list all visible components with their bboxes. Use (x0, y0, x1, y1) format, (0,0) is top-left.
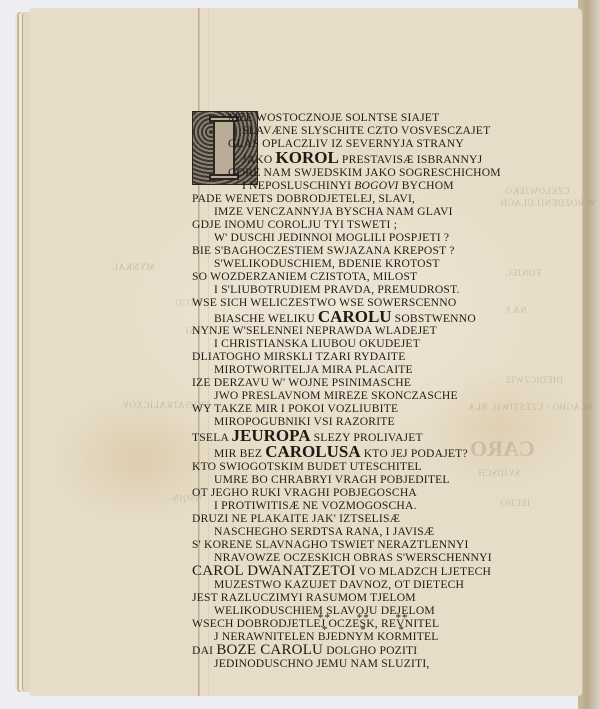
poem-line: I NEPOSLUSCHINYI BOGOVI BYCHOM (242, 179, 454, 192)
poem-text: GLAS OPLACZLIV IZ SEVERNYJA STRANY (228, 137, 464, 150)
bleed-through-text: W ROZDENIJ ULAGH (500, 198, 595, 208)
poem-line: JWO PRESLAVNOM MIREZE SKONCZASCHE (214, 389, 458, 402)
poem-text: IZE DERZAVU W' WOJNE PSINIMASCHE (192, 376, 411, 389)
poem-text: S' KORENE SLAVNAGHO TSWIET NERAZTLENNYI (192, 538, 469, 551)
poem-text: BIASCHE WELIKU (214, 312, 318, 325)
poem-text: WY TAKZE MIR I POKOI VOZLIUBITE (192, 402, 398, 415)
poem-line: MIR BEZ CAROLUSA KTO JEJ PODAJET? (214, 445, 468, 458)
poem-text: W' DUSCHI JEDINNOI MOGLILI POSPJETI ? (214, 231, 449, 244)
poem-text: I PROTIWITISÆ NE VOZMOGOSCHA. (214, 499, 417, 512)
bleed-through-text: IECHO (500, 498, 530, 508)
asterisk-row-top: ** ** ** (318, 612, 409, 624)
poem-text: MIROTWORITELJA MIRA PLACAITE (214, 363, 413, 376)
poem-text: DRUZI NE PLAKAITE JAK' IZTSELISÆ (192, 512, 400, 525)
poem-line: GDJE INOMU COROLJU TYI TSWETI ; (192, 218, 397, 231)
poem-line: I PROTIWITISÆ NE VOZMOGOSCHA. (214, 499, 417, 512)
poem-text: S'WELIKODUSCHIEM, BDENIE KROTOST (214, 257, 440, 270)
bleed-through-text: CARO (470, 436, 535, 462)
bleed-through-text: BLAGHO - CZESTIWIJ, BLA (468, 402, 593, 412)
ornament-asterisks: ** ** ** * * * (318, 612, 409, 636)
poem-text: GDJE INOMU COROLJU TYI TSWETI ; (192, 218, 397, 231)
poem-line: SLAVÆNE SLYSCHITE CZTO VOSVESCZAJET (242, 124, 490, 137)
poem-text: SLAVÆNE SLYSCHITE CZTO VOSVESCZAJET (242, 124, 490, 137)
poem-line: MIROTWORITELJA MIRA PLACAITE (214, 363, 413, 376)
poem-line: BIE S'BAGHOCZESTIEM SWJAZANA KREPOST ? (192, 244, 455, 257)
poem-line: WY TAKZE MIR I POKOI VOZLIUBITE (192, 402, 398, 415)
poem-text: KTO SWIOGOTSKIM BUDET UTESCHITEL (192, 460, 422, 473)
bleed-through-text: NA F (505, 305, 527, 315)
emphasized-name: CAROL DWANATZETOI (192, 563, 356, 579)
poem-text: I NEPOSLUSCHINYI (242, 179, 354, 192)
poem-text: DOLGHO POZITI (323, 644, 417, 657)
poem-text: JEDINODUSCHNO JEMU NAM SLUZITI, (214, 657, 430, 670)
poem-line: KTO SWIOGOTSKIM BUDET UTESCHITEL (192, 460, 422, 473)
poem-text: JEST RAZLUCZIMYI RASUMOM TJELOM (192, 591, 416, 604)
poem-line: SO WOZDERZANIEM CZISTOTA, MILOST (192, 270, 417, 283)
bleed-through-text: FONJEC (505, 268, 541, 278)
emphasized-name: KOROL (276, 148, 339, 167)
poem-line: TSELA JEUROPA SLEZY PROLIVAJET (192, 429, 423, 442)
poem-text: TSELA (192, 431, 232, 444)
poem-text: GORE NAM SWJEDSKIM JAKO SOGRESCHICHOM (228, 166, 501, 179)
poem-line: UMRE BO CHRABRYI VRAGH POBJEDITEL (214, 473, 450, 486)
emphasized-name: CAROLU (318, 307, 392, 326)
emphasized-name: CAROLUSA (265, 442, 360, 461)
poem-text: BIE S'BAGHOCZESTIEM SWJAZANA KREPOST ? (192, 244, 455, 257)
poem-line: S'WELIKODUSCHIEM, BDENIE KROTOST (214, 257, 440, 270)
bleed-through-text: DIEDICZWIZ (505, 375, 563, 385)
poem-line: GORE NAM SWJEDSKIM JAKO SOGRESCHICHOM (228, 166, 501, 179)
poem-line: NASCHEGHO SERDTSA RANA, I JAVISÆ (214, 525, 434, 538)
poem-text: KTO JEJ PODAJET? (361, 447, 468, 460)
emphasized-name: BOZE CAROLU (216, 642, 323, 658)
poem-text: MZE WOSTOCZNOJE SOLNTSE SIAJET (228, 111, 439, 124)
poem-text: PADE WENETS DOBRODJETELEJ, SLAVI, (192, 192, 415, 205)
poem-line: W' DUSCHI JEDINNOI MOGLILI POSPJETI ? (214, 231, 449, 244)
poem-line: JAKO KOROL PRESTAVISÆ ISBRANNYJ (242, 151, 482, 164)
poem-line: IMZE VENCZANNYJA BYSCHA NAM GLAVI (214, 205, 453, 218)
poem-text: BYCHOM (399, 179, 454, 192)
poem-text: I S'LIUBOTRUDIEM PRAVDA, PREMUDROST. (214, 283, 460, 296)
poem-line: NYNJE W'SELENNEI NEPRAWDA WLADEJET (192, 324, 437, 337)
poem-text: OT JEGHO RUKI VRAGHI POBJEGOSCHA (192, 486, 417, 499)
poem-line: DRUZI NE PLAKAITE JAK' IZTSELISÆ (192, 512, 400, 525)
bleed-through-text: SVIDSCH (478, 468, 520, 478)
poem-text: DAI (192, 644, 216, 657)
poem-text: JAKO (242, 153, 276, 166)
poem-line: BIASCHE WELIKU CAROLU SOBSTWENNO (214, 310, 476, 323)
poem-text: MUZESTWO KAZUJET DAVNOZ, OT DIETECH (214, 578, 464, 591)
poem-text: UMRE BO CHRABRYI VRAGH POBJEDITEL (214, 473, 450, 486)
asterisk-row-bottom: * * * (318, 624, 409, 636)
poem-text: NASCHEGHO SERDTSA RANA, I JAVISÆ (214, 525, 434, 538)
poem-text: JWO PRESLAVNOM MIREZE SKONCZASCHE (214, 389, 458, 402)
poem-line: CAROL DWANATZETOI VO MLADZCH LJETECH (192, 565, 491, 578)
poem-text: DLIATOGHO MIRSKLI TZARI RYDAITE (192, 350, 405, 363)
poem-text: VO MLADZCH LJETECH (356, 565, 491, 578)
poem-line: DAI BOZE CAROLU DOLGHO POZITI (192, 644, 417, 657)
poem-line: PADE WENETS DOBRODJETELEJ, SLAVI, (192, 192, 415, 205)
poem-text: I CHRISTIANSKA LIUBOU OKUDEJET (214, 337, 420, 350)
poem-line: IZE DERZAVU W' WOJNE PSINIMASCHE (192, 376, 411, 389)
poem-line: JEDINODUSCHNO JEMU NAM SLUZITI, (214, 657, 430, 670)
poem-text: MIR BEZ (214, 447, 265, 460)
poem-text: NYNJE W'SELENNEI NEPRAWDA WLADEJET (192, 324, 437, 337)
poem-line: I CHRISTIANSKA LIUBOU OKUDEJET (214, 337, 420, 350)
poem-line: OT JEGHO RUKI VRAGHI POBJEGOSCHA (192, 486, 417, 499)
poem-line: DLIATOGHO MIRSKLI TZARI RYDAITE (192, 350, 405, 363)
bleed-through-text: CZELOWJEKO (505, 186, 570, 196)
poem-line: MUZESTWO KAZUJET DAVNOZ, OT DIETECH (214, 578, 464, 591)
poem-line: GLAS OPLACZLIV IZ SEVERNYJA STRANY (228, 137, 464, 150)
bleed-through-text: MYNKAL (112, 262, 155, 272)
poem-text: BOGOVI (354, 179, 398, 192)
poem-line: JEST RAZLUCZIMYI RASUMOM TJELOM (192, 591, 416, 604)
poem-text: SO WOZDERZANIEM CZISTOTA, MILOST (192, 270, 417, 283)
poem-text: SOBSTWENNO (392, 312, 476, 325)
poem-line: MZE WOSTOCZNOJE SOLNTSE SIAJET (228, 111, 439, 124)
poem-text: IMZE VENCZANNYJA BYSCHA NAM GLAVI (214, 205, 453, 218)
poem-line: I S'LIUBOTRUDIEM PRAVDA, PREMUDROST. (214, 283, 460, 296)
poem-line: S' KORENE SLAVNAGHO TSWIET NERAZTLENNYI (192, 538, 469, 551)
poem-text: PRESTAVISÆ ISBRANNYJ (339, 153, 483, 166)
